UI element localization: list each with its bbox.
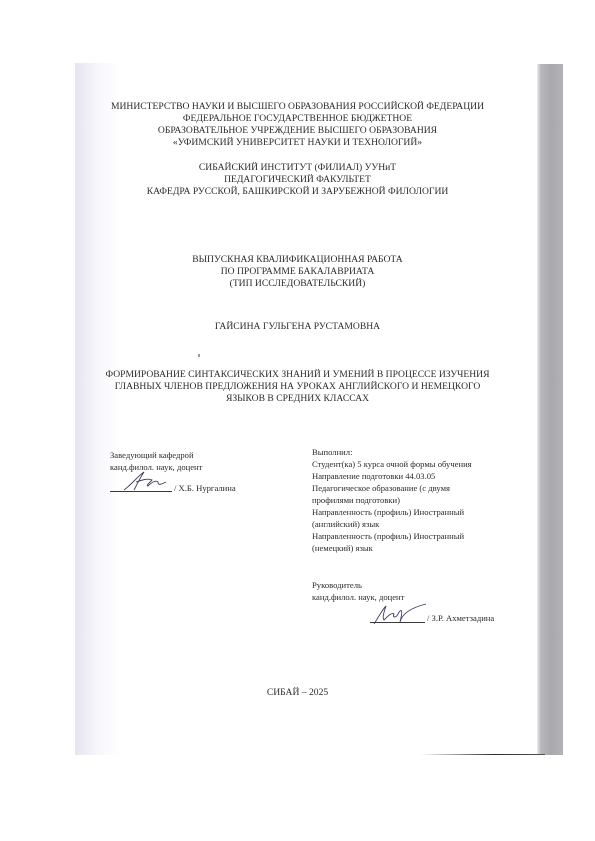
faculty-line: ПЕДАГОГИЧЕСКИЙ ФАКУЛЬТЕТ bbox=[0, 174, 595, 186]
performed-by-label: Выполнил: bbox=[312, 446, 352, 458]
program-line-1: Педагогическое образование (с двумя bbox=[312, 482, 450, 494]
student-course: Студент(ка) 5 курса очной формы обучения bbox=[312, 458, 472, 470]
header-line-3: ОБРАЗОВАТЕЛЬНОЕ УЧРЕЖДЕНИЕ ВЫСШЕГО ОБРАЗ… bbox=[0, 125, 595, 137]
thesis-title-line-3: ЯЗЫКОВ В СРЕДНИХ КЛАССАХ bbox=[0, 393, 595, 405]
supervisor-role: Руководитель bbox=[312, 579, 362, 591]
scan-speck bbox=[198, 354, 200, 357]
thesis-title-line-2: ГЛАВНЫХ ЧЛЕНОВ ПРЕДЛОЖЕНИЯ НА УРОКАХ АНГ… bbox=[0, 381, 595, 393]
head-role: Заведующий кафедрой bbox=[110, 449, 194, 461]
study-direction: Направление подготовки 44.03.05 bbox=[312, 470, 435, 482]
header-line-4: «УФИМСКИЙ УНИВЕРСИТЕТ НАУКИ И ТЕХНОЛОГИЙ… bbox=[0, 137, 595, 149]
work-type-line-2: ПО ПРОГРАММЕ БАКАЛАВРИАТА bbox=[0, 266, 595, 278]
work-type-line-3: (ТИП ИССЛЕДОВАТЕЛЬСКИЙ) bbox=[0, 278, 595, 290]
header-line-2: ФЕДЕРАЛЬНОЕ ГОСУДАРСТВЕННОЕ БЮДЖЕТНОЕ bbox=[0, 113, 595, 125]
supervisor-name: / З.Р. Ахметзадина bbox=[427, 612, 494, 624]
thesis-title-line-1: ФОРМИРОВАНИЕ СИНТАКСИЧЕСКИХ ЗНАНИЙ И УМЕ… bbox=[0, 369, 595, 381]
supervisor-signature-icon bbox=[370, 600, 430, 630]
profile-1-line-1: Направленность (профиль) Иностранный bbox=[312, 506, 464, 518]
institute-line-1: СИБАЙСКИЙ ИНСТИТУТ (ФИЛИАЛ) УУНиТ bbox=[0, 162, 595, 174]
profile-1-line-2: (английский) язык bbox=[312, 518, 379, 530]
program-line-2: профилями подготовки) bbox=[312, 494, 400, 506]
city-year: СИБАЙ – 2025 bbox=[0, 687, 595, 699]
head-signature-icon bbox=[118, 468, 178, 494]
head-name: / Х.Б. Нургалина bbox=[174, 482, 236, 494]
author-name: ГАЙСИНА ГУЛЬГЕНА РУСТАМОВНА bbox=[0, 321, 595, 333]
header-line-1: МИНИСТЕРСТВО НАУКИ И ВЫСШЕГО ОБРАЗОВАНИЯ… bbox=[0, 101, 595, 113]
work-type-line-1: ВЫПУСКНАЯ КВАЛИФИКАЦИОННАЯ РАБОТА bbox=[0, 254, 595, 266]
profile-2-line-2: (немецкий) язык bbox=[312, 542, 373, 554]
profile-2-line-1: Направленность (профиль) Иностранный bbox=[312, 530, 464, 542]
page-bottom-edge bbox=[420, 754, 545, 755]
department-line: КАФЕДРА РУССКОЙ, БАШКИРСКОЙ И ЗАРУБЕЖНОЙ… bbox=[0, 186, 595, 198]
